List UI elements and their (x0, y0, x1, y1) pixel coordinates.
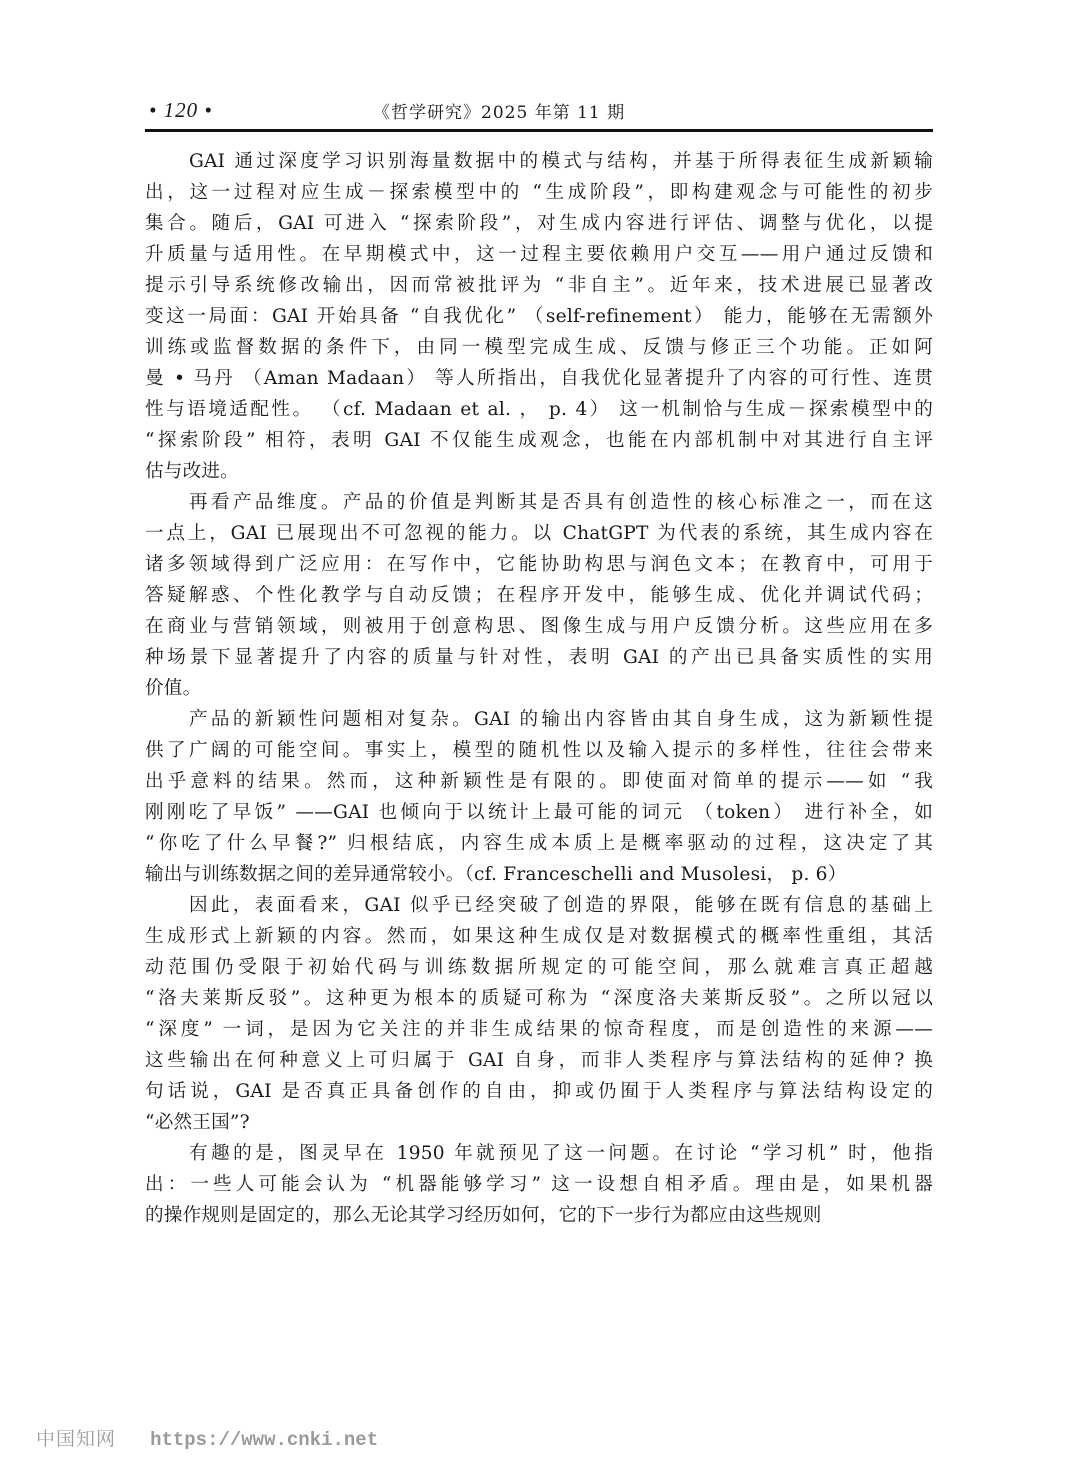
text-line: 有趣的是，图灵早在 1950 年就预见了这一问题。在讨论 “学习机” 时，他指 (145, 1138, 933, 1169)
page-number: • 120 • (149, 98, 213, 123)
text-line: 出乎意料的结果。然而，这种新颖性是有限的。即使面对简单的提示——如 “我 (145, 766, 933, 797)
text-line: 种场景下显著提升了内容的质量与针对性，表明 GAI 的产出已具备实质性的实用 (145, 642, 933, 673)
text-line: 变这一局面：GAI 开始具备 “自我优化” （self-refinement） … (145, 301, 933, 332)
text-line: GAI 通过深度学习识别海量数据中的模式与结构，并基于所得表征生成新颖输 (145, 146, 933, 177)
text-line: 句话说，GAI 是否真正具备创作的自由，抑或仍囿于人类程序与算法结构设定的 (145, 1076, 933, 1107)
text-line: 出：一些人可能会认为 “机器能够学习” 这一设想自相矛盾。理由是，如果机器 (145, 1169, 933, 1200)
text-line: 因此，表面看来，GAI 似乎已经突破了创造的界限，能够在既有信息的基础上 (145, 890, 933, 921)
running-header: • 120 • 《哲学研究》2025 年第 11 期 (145, 96, 933, 128)
text-line: 一点上，GAI 已展现出不可忽视的能力。以 ChatGPT 为代表的系统，其生成… (145, 518, 933, 549)
text-line: 这些输出在何种意义上可归属于 GAI 自身，而非人类程序与算法结构的延伸? 换 (145, 1045, 933, 1076)
text-line: 的操作规则是固定的，那么无论其学习经历如何，它的下一步行为都应由这些规则 (145, 1200, 933, 1231)
text-line: 在商业与营销领域，则被用于创意构思、图像生成与用户反馈分析。这些应用在多 (145, 611, 933, 642)
text-line: 提示引导系统修改输出，因而常被批评为 “非自主”。近年来，技术进展已显著改 (145, 270, 933, 301)
text-line: 价值。 (145, 673, 933, 704)
text-line: “你吃了什么早餐?” 归根结底，内容生成本质上是概率驱动的过程，这决定了其 (145, 828, 933, 859)
text-line: 训练或监督数据的条件下，由同一模型完成生成、反馈与修正三个功能。正如阿 (145, 332, 933, 363)
text-line: 生成形式上新颖的内容。然而，如果这种生成仅是对数据模式的概率性重组，其活 (145, 921, 933, 952)
cnki-site-url[interactable]: https://www.cnki.net (150, 1429, 378, 1451)
text-line: 出，这一过程对应生成－探索模型中的 “生成阶段”，即构建观念与可能性的初步 (145, 177, 933, 208)
header-rule (145, 129, 933, 132)
text-line: 动范围仍受限于初始代码与训练数据所规定的可能空间，那么就难言真正超越 (145, 952, 933, 983)
paragraph: GAI 通过深度学习识别海量数据中的模式与结构，并基于所得表征生成新颖输出，这一… (145, 146, 933, 487)
paragraph: 再看产品维度。产品的价值是判断其是否具有创造性的核心标准之一，而在这一点上，GA… (145, 487, 933, 704)
text-line: 答疑解惑、个性化教学与自动反馈；在程序开发中，能够生成、优化并调试代码； (145, 580, 933, 611)
paragraph: 产品的新颖性问题相对复杂。GAI 的输出内容皆由其自身生成，这为新颖性提供了广阔… (145, 704, 933, 890)
text-line: “探索阶段” 相符，表明 GAI 不仅能生成观念，也能在内部机制中对其进行自主评 (145, 425, 933, 456)
cnki-site-name: 中国知网 (36, 1428, 116, 1450)
text-line: 刚刚吃了早饭” ——GAI 也倾向于以统计上最可能的词元 （token） 进行补… (145, 797, 933, 828)
text-line: 估与改进。 (145, 456, 933, 487)
text-line: 供了广阔的可能空间。事实上，模型的随机性以及输入提示的多样性，往往会带来 (145, 735, 933, 766)
article-body: GAI 通过深度学习识别海量数据中的模式与结构，并基于所得表征生成新颖输出，这一… (145, 146, 933, 1231)
text-line: 再看产品维度。产品的价值是判断其是否具有创造性的核心标准之一，而在这 (145, 487, 933, 518)
text-line: 集合。随后，GAI 可进入 “探索阶段”，对生成内容进行评估、调整与优化，以提 (145, 208, 933, 239)
watermark-footer: 中国知网 https://www.cnki.net (36, 1424, 378, 1451)
text-line: 产品的新颖性问题相对复杂。GAI 的输出内容皆由其自身生成，这为新颖性提 (145, 704, 933, 735)
text-line: 输出与训练数据之间的差异通常较小。（cf. Franceschelli and … (145, 859, 933, 890)
paragraph: 因此，表面看来，GAI 似乎已经突破了创造的界限，能够在既有信息的基础上生成形式… (145, 890, 933, 1138)
text-line: “洛夫莱斯反驳”。这种更为根本的质疑可称为 “深度洛夫莱斯反驳”。之所以冠以 (145, 983, 933, 1014)
text-line: “深度” 一词，是因为它关注的并非生成结果的惊奇程度，而是创造性的来源—— (145, 1014, 933, 1045)
text-line: 诸多领域得到广泛应用：在写作中，它能协助构思与润色文本；在教育中，可用于 (145, 549, 933, 580)
text-line: 曼 • 马丹 （Aman Madaan） 等人所指出，自我优化显著提升了内容的可… (145, 363, 933, 394)
text-line: “必然王国”? (145, 1107, 933, 1138)
paragraph: 有趣的是，图灵早在 1950 年就预见了这一问题。在讨论 “学习机” 时，他指出… (145, 1138, 933, 1231)
journal-title: 《哲学研究》2025 年第 11 期 (373, 98, 625, 123)
text-line: 升质量与适用性。在早期模式中，这一过程主要依赖用户交互——用户通过反馈和 (145, 239, 933, 270)
text-line: 性与语境适配性。 （cf. Madaan et al. ， p. 4） 这一机制… (145, 394, 933, 425)
